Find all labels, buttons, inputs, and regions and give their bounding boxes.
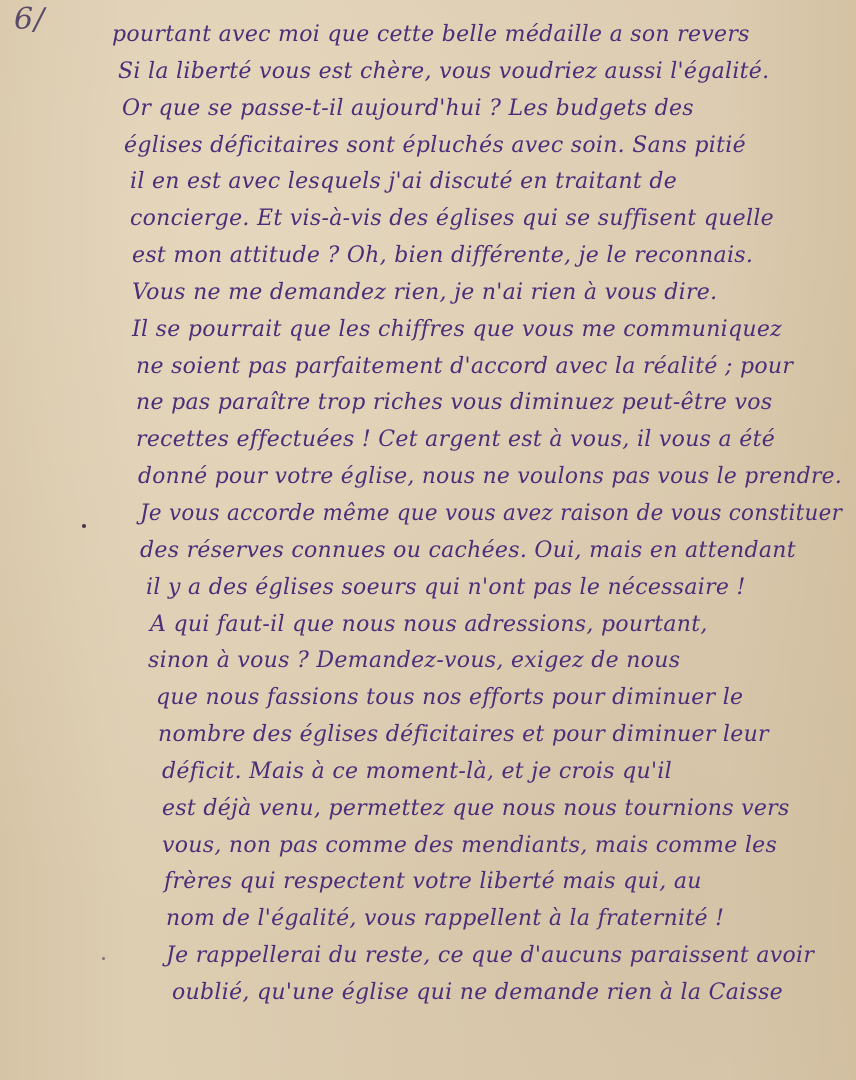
page-number: 6/: [14, 2, 45, 37]
manuscript-line: A qui faut-il que nous nous adressions, …: [150, 612, 708, 637]
manuscript-line: églises déficitaires sont épluchés avec …: [124, 133, 746, 158]
ink-speck: [82, 524, 86, 528]
manuscript-line: il en est avec lesquels j'ai discuté en …: [130, 169, 677, 194]
ink-speck: [102, 957, 105, 960]
manuscript-line: est déjà venu, permettez que nous nous t…: [162, 796, 790, 821]
manuscript-line: pourtant avec moi que cette belle médail…: [112, 22, 750, 47]
manuscript-line: Il se pourrait que les chiffres que vous…: [132, 317, 782, 342]
manuscript-line: des réserves connues ou cachées. Oui, ma…: [140, 538, 796, 563]
manuscript-line: Si la liberté vous est chère, vous voudr…: [118, 59, 769, 84]
manuscript-line: frères qui respectent votre liberté mais…: [164, 869, 702, 894]
manuscript-line: concierge. Et vis-à-vis des églises qui …: [130, 206, 774, 231]
manuscript-line: vous, non pas comme des mendiants, mais …: [162, 833, 777, 858]
manuscript-line: oublié, qu'une église qui ne demande rie…: [172, 980, 783, 1005]
manuscript-line: nombre des églises déficitaires et pour …: [158, 722, 769, 747]
manuscript-line: ne pas paraître trop riches vous diminue…: [136, 390, 772, 415]
manuscript-line: Je vous accorde même que vous avez raiso…: [140, 501, 842, 526]
manuscript-line: Or que se passe-t-il aujourd'hui ? Les b…: [122, 96, 694, 121]
manuscript-page: 6/ pourtant avec moi que cette belle méd…: [0, 0, 856, 1080]
manuscript-line: il y a des églises soeurs qui n'ont pas …: [146, 575, 746, 600]
manuscript-line: nom de l'égalité, vous rappellent à la f…: [166, 906, 724, 931]
manuscript-line: recettes effectuées ! Cet argent est à v…: [136, 427, 775, 452]
manuscript-line: est mon attitude ? Oh, bien différente, …: [132, 243, 753, 268]
manuscript-line: sinon à vous ? Demandez-vous, exigez de …: [148, 648, 680, 673]
manuscript-line: donné pour votre église, nous ne voulons…: [138, 464, 842, 489]
manuscript-line: ne soient pas parfaitement d'accord avec…: [136, 354, 793, 379]
manuscript-line: que nous fassions tous nos efforts pour …: [156, 685, 743, 710]
manuscript-line: Je rappellerai du reste, ce que d'aucuns…: [166, 943, 814, 968]
manuscript-line: Vous ne me demandez rien, je n'ai rien à…: [132, 280, 717, 305]
manuscript-line: déficit. Mais à ce moment-là, et je croi…: [162, 759, 672, 784]
